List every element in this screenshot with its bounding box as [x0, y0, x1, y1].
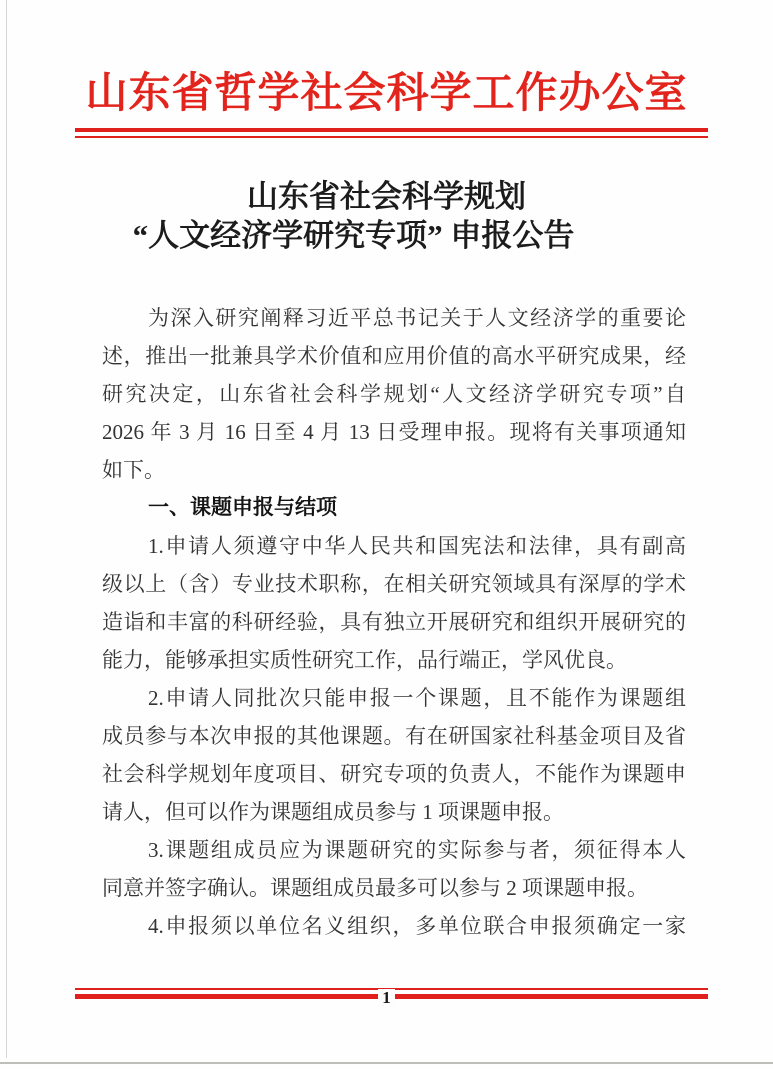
document-title-line2: “人文经济学研究专项” 申报公告	[0, 216, 740, 255]
body-line: 3.课题组成员应为课题研究的实际参与者，须征得本人	[102, 831, 686, 869]
page-number: 1	[0, 989, 773, 1008]
body-line: 级以上（含）专业技术职称，在相关研究领域具有深厚的学术	[102, 565, 686, 603]
body-line: 4.申报须以单位名义组织，多单位联合申报须确定一家	[102, 907, 686, 945]
header-rule-thin	[75, 136, 708, 138]
body-line: 成员参与本次申报的其他课题。有在研国家社科基金项目及省	[102, 717, 686, 755]
document-title-line1: 山东省社会科学规划	[0, 177, 773, 216]
page-number-value: 1	[378, 989, 395, 1007]
body-line: 2026 年 3 月 16 日至 4 月 13 日受理申报。现将有关事项通知	[102, 413, 686, 451]
header-rule-thick	[75, 128, 708, 132]
body-line: 2.申请人同批次只能申报一个课题，且不能作为课题组	[102, 679, 686, 717]
letterhead-org-name: 山东省哲学社会科学工作办公室	[0, 70, 773, 118]
body-line: 研究决定，山东省社会科学规划“人文经济学研究专项”自	[102, 375, 686, 413]
body-line: 请人，但可以作为课题组成员参与 1 项课题申报。	[102, 793, 686, 831]
body-line: 能力，能够承担实质性研究工作，品行端正，学风优良。	[102, 641, 686, 679]
body-line: 1.申请人须遵守中华人民共和国宪法和法律，具有副高	[102, 527, 686, 565]
body-line: 为深入研究阐释习近平总书记关于人文经济学的重要论	[102, 299, 686, 337]
body-line: 造诣和丰富的科研经验，具有独立开展研究和组织开展研究的	[102, 603, 686, 641]
document-page: 山东省哲学社会科学工作办公室 山东省社会科学规划 “人文经济学研究专项” 申报公…	[0, 0, 773, 1069]
section-heading: 一、课题申报与结项	[102, 489, 686, 527]
body-line: 同意并签字确认。课题组成员最多可以参与 2 项课题申报。	[102, 869, 686, 907]
scan-edge-bottom	[0, 1062, 773, 1064]
body-line: 述，推出一批兼具学术价值和应用价值的高水平研究成果，经	[102, 337, 686, 375]
scan-edge-left	[6, 0, 7, 1058]
body-line: 社会科学规划年度项目、研究专项的负责人，不能作为课题申	[102, 755, 686, 793]
document-title: 山东省社会科学规划 “人文经济学研究专项” 申报公告	[0, 177, 773, 255]
document-body: 为深入研究阐释习近平总书记关于人文经济学的重要论 述，推出一批兼具学术价值和应用…	[102, 299, 686, 945]
body-line: 如下。	[102, 451, 686, 489]
